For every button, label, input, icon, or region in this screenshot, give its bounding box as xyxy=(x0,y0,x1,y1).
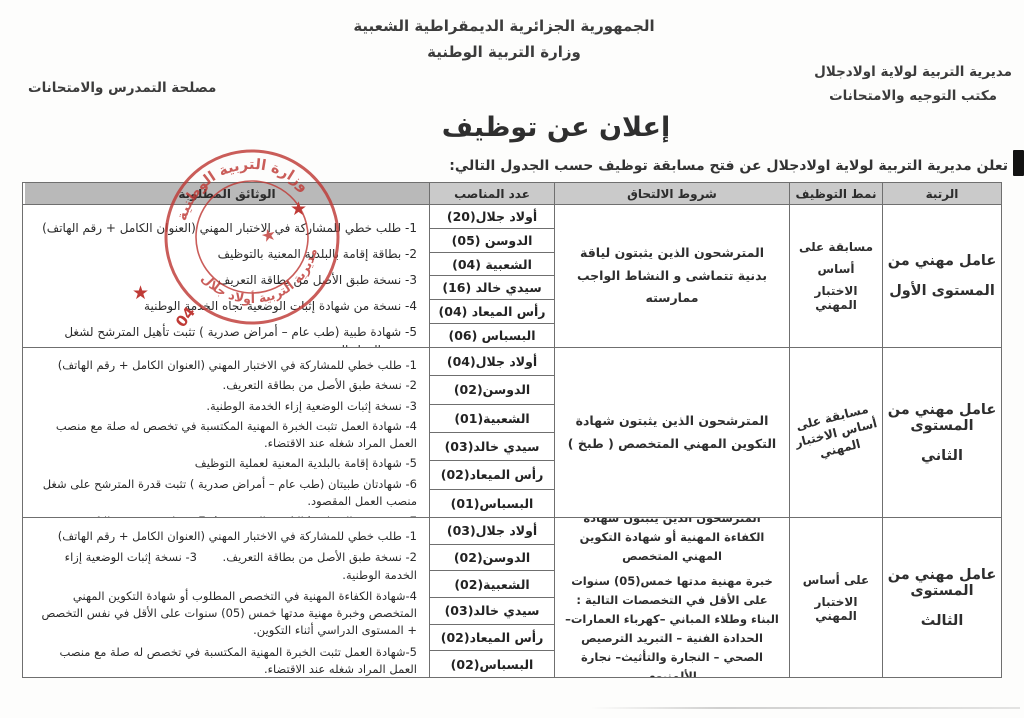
positions-entry: رأس الميعاد(02) xyxy=(430,625,554,652)
positions-entry: الدوسن(02) xyxy=(430,545,554,572)
mode-cell: مسابقة على أساس الاختبار المهني xyxy=(789,205,882,347)
republic-title: الجمهورية الجزائرية الديمقراطية الشعبية xyxy=(0,14,1016,40)
header-rank: الرتبة xyxy=(882,183,1001,204)
mode-cell: على أساس الاختبار المهني xyxy=(789,518,882,677)
page-title: إعلان عن توظيف xyxy=(44,112,1024,143)
header-positions: عدد المناصب xyxy=(429,183,554,204)
document-item: 7- نسخة من الشهادة ( التكوين المتخصص). 7… xyxy=(33,513,417,517)
positions-entry: الشعبية (04) xyxy=(430,253,554,277)
positions-entry: الشعبية(01) xyxy=(430,405,554,433)
conditions-cell: المترشحون الذين يثبتون شهادة الكفاءة الم… xyxy=(554,518,789,677)
positions-entry: الدوسن(02) xyxy=(430,376,554,404)
document-item: 2- نسخة طبق الأصل من بطاقة التعريف. xyxy=(33,377,417,394)
positions-entry: رأس الميعاد (04) xyxy=(430,300,554,324)
intro-line: تعلن مديرية التربية لولاية اولادجلال عن … xyxy=(449,158,1008,174)
positions-entry: الشعبية(02) xyxy=(430,571,554,598)
scan-edge-shadow xyxy=(590,707,1020,709)
positions-entry: البسباس(01) xyxy=(430,490,554,517)
document-item: 4- نسخة من شهادة إثبات الوضعية تجاه الخد… xyxy=(33,297,417,315)
positions-cell: أولاد جلال(20) الدوسن (05) الشعبية (04) … xyxy=(429,205,554,347)
positions-cell: أولاد جلال(03) الدوسن(02) الشعبية(02) سي… xyxy=(429,518,554,677)
document-item: 6- شهادتان طبيتان (طب عام – أمراض صدرية … xyxy=(33,476,417,511)
positions-entry: أولاد جلال(20) xyxy=(430,205,554,229)
positions-entry: البسباس(02) xyxy=(430,651,554,677)
letterhead-right: مديرية التربية لولاية اولادجلال مكتب الت… xyxy=(814,60,1012,109)
header-documents: الوثائق المطلوبة xyxy=(25,183,429,204)
mode-cell: مسابقة على أساس الاختبار المهني xyxy=(789,348,882,517)
documents-cell: 1- طلب خطي للمشاركة في الاختبار المهني (… xyxy=(25,205,429,347)
recruitment-table: الرتبة نمط التوظيف شروط الالتحاق عدد الم… xyxy=(22,182,1002,678)
positions-entry: رأس الميعاد(02) xyxy=(430,461,554,489)
document-item: 3- نسخة طبق الأصل من بطاقة التعريف xyxy=(33,271,417,289)
conditions-cell: المترشحون الذين يثبتون لياقة بدنية تتماش… xyxy=(554,205,789,347)
header-mode: نمط التوظيف xyxy=(789,183,882,204)
document-item: 4- شهادة العمل تثبت الخبرة المهنية المكت… xyxy=(33,418,417,453)
rank-cell: عامل مهني من المستوى الثاني xyxy=(882,348,1001,517)
directorate-title: مديرية التربية لولاية اولادجلال xyxy=(814,60,1012,84)
table-row: عامل مهني من المستوى الثاني مسابقة على أ… xyxy=(23,347,1001,517)
document-item: 4-شهادة الكفاءة المهنية في التخصص المطلو… xyxy=(33,588,417,640)
document-item: 5-شهادة العمل تثبت الخبرة المهنية المكتس… xyxy=(33,644,417,678)
document-item: 1- طلب خطي للمشاركة في الاختبار المهني (… xyxy=(33,219,417,237)
documents-cell: 1- طلب خطي للمشاركة في الاختبار المهني (… xyxy=(25,348,429,517)
table-header-row: الرتبة نمط التوظيف شروط الالتحاق عدد الم… xyxy=(23,183,1001,204)
table-row: عامل مهني من المستوى الثالث على أساس الا… xyxy=(23,517,1001,677)
rank-cell: عامل مهني من المستوى الأول xyxy=(882,205,1001,347)
office-title: مكتب التوجيه والامتحانات xyxy=(814,84,1012,108)
positions-entry: البسباس (06) xyxy=(430,324,554,347)
document-item: 5- شهادة إقامة بالبلدية المعنية لعملية ا… xyxy=(33,455,417,472)
positions-entry: أولاد جلال(04) xyxy=(430,348,554,376)
positions-entry: سيدي خالد(03) xyxy=(430,598,554,625)
header-conditions: شروط الالتحاق xyxy=(554,183,789,204)
letterhead-center: الجمهورية الجزائرية الديمقراطية الشعبية … xyxy=(0,14,1016,65)
document-item: 3- نسخة إثبات الوضعية إزاء الخدمة الوطني… xyxy=(33,398,417,415)
document-item: 2- بطاقة إقامة بالبلدية المعنية بالتوظيف xyxy=(33,245,417,263)
positions-entry: الدوسن (05) xyxy=(430,229,554,253)
document-item: 5- شهادة طبية (طب عام – أمراض صدرية ) تث… xyxy=(33,323,417,347)
document-item: 1- طلب خطي للمشاركة في الاختبار المهني (… xyxy=(33,357,417,374)
positions-entry: سيدي خالد (16) xyxy=(430,276,554,300)
scan-artifact-mark xyxy=(1013,150,1024,176)
positions-cell: أولاد جلال(04) الدوسن(02) الشعبية(01) سي… xyxy=(429,348,554,517)
service-title: مصلحة التمدرس والامتحانات xyxy=(28,80,216,96)
table-row: عامل مهني من المستوى الأول مسابقة على أس… xyxy=(23,204,1001,347)
documents-cell: 1- طلب خطي للمشاركة في الاختبار المهني (… xyxy=(25,518,429,677)
conditions-cell: المترشحون الذين يثبتون شهادة التكوين الم… xyxy=(554,348,789,517)
document-item: 2- نسخة طبق الأصل من بطاقة التعريف. 3- ن… xyxy=(33,549,417,584)
positions-entry: سيدي خالد(03) xyxy=(430,433,554,461)
rank-cell: عامل مهني من المستوى الثالث xyxy=(882,518,1001,677)
positions-entry: أولاد جلال(03) xyxy=(430,518,554,545)
document-item: 1- طلب خطي للمشاركة في الاختبار المهني (… xyxy=(33,528,417,545)
